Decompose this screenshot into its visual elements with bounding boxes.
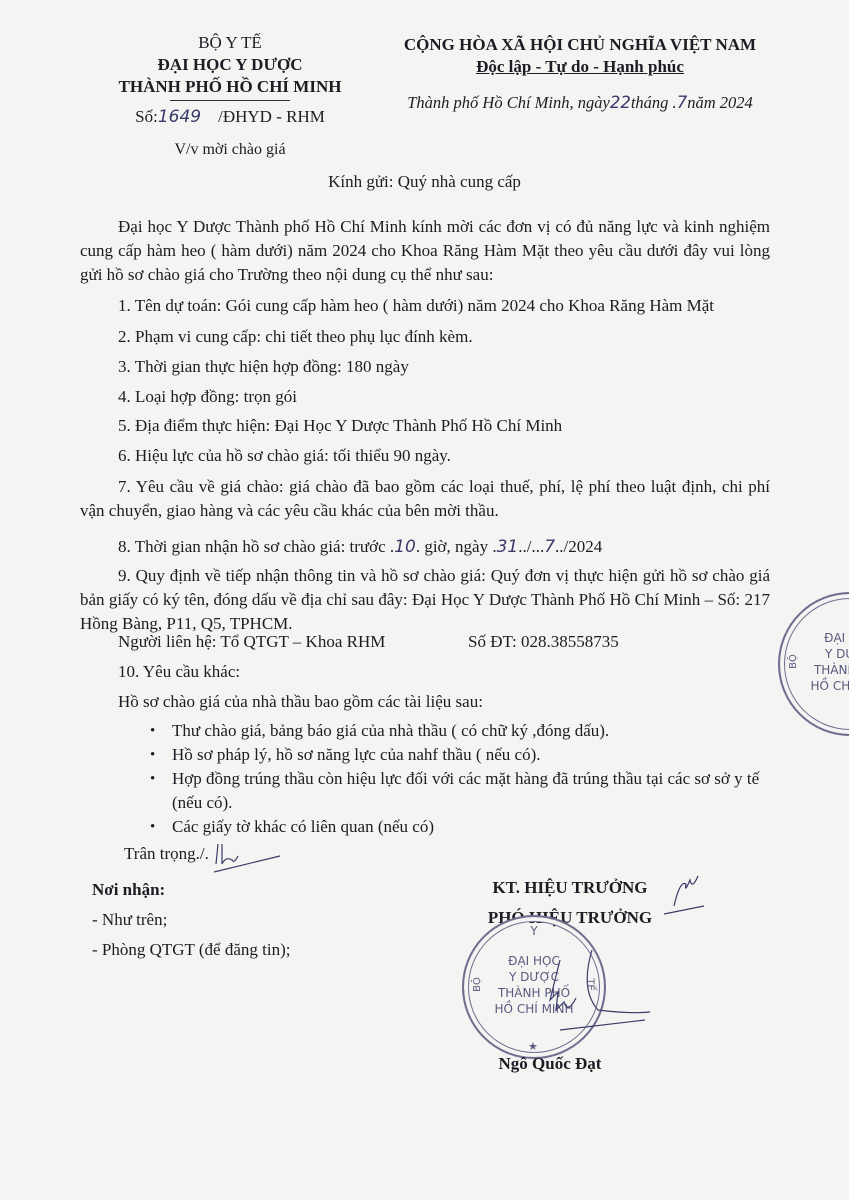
contact-line: Người liên hệ: Tổ QTGT – Khoa RHM Số ĐT:… bbox=[118, 630, 718, 654]
contact-person: Người liên hệ: Tổ QTGT – Khoa RHM bbox=[118, 632, 385, 651]
item-2: 2. Phạm vi cung cấp: chi tiết theo phụ l… bbox=[118, 325, 773, 349]
initials-signature-icon bbox=[210, 838, 290, 878]
item8-suffix: ../2024 bbox=[555, 537, 602, 556]
item8-prefix: 8. Thời gian nhận hồ sơ chào giá: trước … bbox=[118, 537, 394, 556]
issuer-block: BỘ Y TẾ ĐẠI HỌC Y DƯỢC THÀNH PHỐ HỒ CHÍ … bbox=[80, 32, 380, 161]
item-9: 9. Quy định về tiếp nhận thông tin và hồ… bbox=[80, 564, 770, 636]
documents-intro: Hồ sơ chào giá của nhà thầu bao gồm các … bbox=[118, 690, 483, 714]
recipient-item: - Phòng QTGT (để đăng tin); bbox=[92, 938, 290, 962]
recipients-title: Nơi nhận: bbox=[92, 878, 165, 902]
date-year: năm 2024 bbox=[687, 93, 753, 112]
signature-tick-icon bbox=[660, 870, 710, 920]
institution-name-line2: THÀNH PHỐ HỒ CHÍ MINH bbox=[80, 76, 380, 98]
official-seal-partial: ĐẠI HỌC Y DƯỢC THÀNH PHỐ HỒ CHÍ MINH BỘ bbox=[778, 592, 849, 736]
item-10: 10. Yêu cầu khác: bbox=[118, 660, 240, 684]
seal-left-text: BỘ bbox=[788, 654, 799, 669]
item-4: 4. Loại hợp đồng: trọn gói bbox=[118, 385, 773, 409]
item8-mid: . giờ, ngày . bbox=[416, 537, 497, 556]
date-day: 22 bbox=[610, 93, 631, 112]
number-suffix: /ĐHYD - RHM bbox=[218, 107, 325, 126]
deadline-month: 7 bbox=[544, 537, 555, 557]
greeting: Kính gửi: Quý nhà cung cấp bbox=[0, 170, 849, 194]
document-item: Hồ sơ pháp lý, hồ sơ năng lực của nahf t… bbox=[144, 743, 784, 767]
place-date: Thành phố Hồ Chí Minh, ngày22tháng .7năm… bbox=[370, 92, 790, 114]
document-item: Thư chào giá, bảng báo giá của nhà thầu … bbox=[144, 719, 784, 743]
item-5: 5. Địa điểm thực hiện: Đại Học Y Dược Th… bbox=[118, 414, 773, 438]
signatory-name: Ngô Quốc Đạt bbox=[480, 1052, 620, 1076]
item8-sep: ../... bbox=[518, 537, 544, 556]
signature-title-1: KT. HIỆU TRƯỞNG bbox=[450, 876, 690, 900]
seal-line: ĐẠI HỌC bbox=[780, 630, 849, 646]
date-month: 7 bbox=[677, 93, 688, 112]
intro-paragraph: Đại học Y Dược Thành phố Hồ Chí Minh kín… bbox=[80, 215, 770, 287]
closing: Trân trọng./. bbox=[124, 842, 209, 866]
seal-left-text: BỘ bbox=[472, 977, 483, 992]
seal-line: HỒ CHÍ MINH bbox=[780, 678, 849, 694]
item-1: 1. Tên dự toán: Gói cung cấp hàm heo ( h… bbox=[118, 294, 773, 318]
national-header: CỘNG HÒA XÃ HỘI CHỦ NGHĨA VIỆT NAM Độc l… bbox=[370, 34, 790, 114]
contact-phone: Số ĐT: 028.38558735 bbox=[468, 630, 619, 654]
document-item: Các giấy tờ khác có liên quan (nếu có) bbox=[144, 815, 784, 839]
main-signature-icon bbox=[520, 940, 650, 1050]
recipient-item: - Như trên; bbox=[92, 908, 167, 932]
date-month-label: tháng . bbox=[631, 93, 677, 112]
item-7: 7. Yêu cầu về giá chào: giá chào đã bao … bbox=[80, 475, 770, 523]
deadline-day: 31 bbox=[497, 537, 519, 557]
deadline-hour: 10 bbox=[394, 537, 416, 557]
seal-top-text: Y bbox=[464, 923, 604, 939]
ministry-name: BỘ Y TẾ bbox=[80, 32, 380, 54]
date-prefix: Thành phố Hồ Chí Minh, ngày bbox=[407, 93, 610, 112]
item-6: 6. Hiệu lực của hồ sơ chào giá: tối thiể… bbox=[118, 444, 773, 468]
national-motto: Độc lập - Tự do - Hạnh phúc bbox=[370, 56, 790, 78]
item-8: 8. Thời gian nhận hồ sơ chào giá: trước … bbox=[118, 535, 773, 559]
documents-list: Thư chào giá, bảng báo giá của nhà thầu … bbox=[144, 719, 784, 839]
number-prefix: Số: bbox=[135, 107, 158, 126]
document-subject: V/v mời chào giá bbox=[80, 139, 380, 161]
country-name: CỘNG HÒA XÃ HỘI CHỦ NGHĨA VIỆT NAM bbox=[370, 34, 790, 56]
item-3: 3. Thời gian thực hiện hợp đồng: 180 ngà… bbox=[118, 355, 773, 379]
institution-name-line1: ĐẠI HỌC Y DƯỢC bbox=[80, 54, 380, 76]
document-item: Hợp đồng trúng thầu còn hiệu lực đối với… bbox=[144, 767, 784, 815]
number-handwritten: 1649 bbox=[158, 107, 201, 127]
divider bbox=[170, 100, 290, 101]
document-number: Số:1649 /ĐHYD - RHM bbox=[80, 105, 380, 129]
